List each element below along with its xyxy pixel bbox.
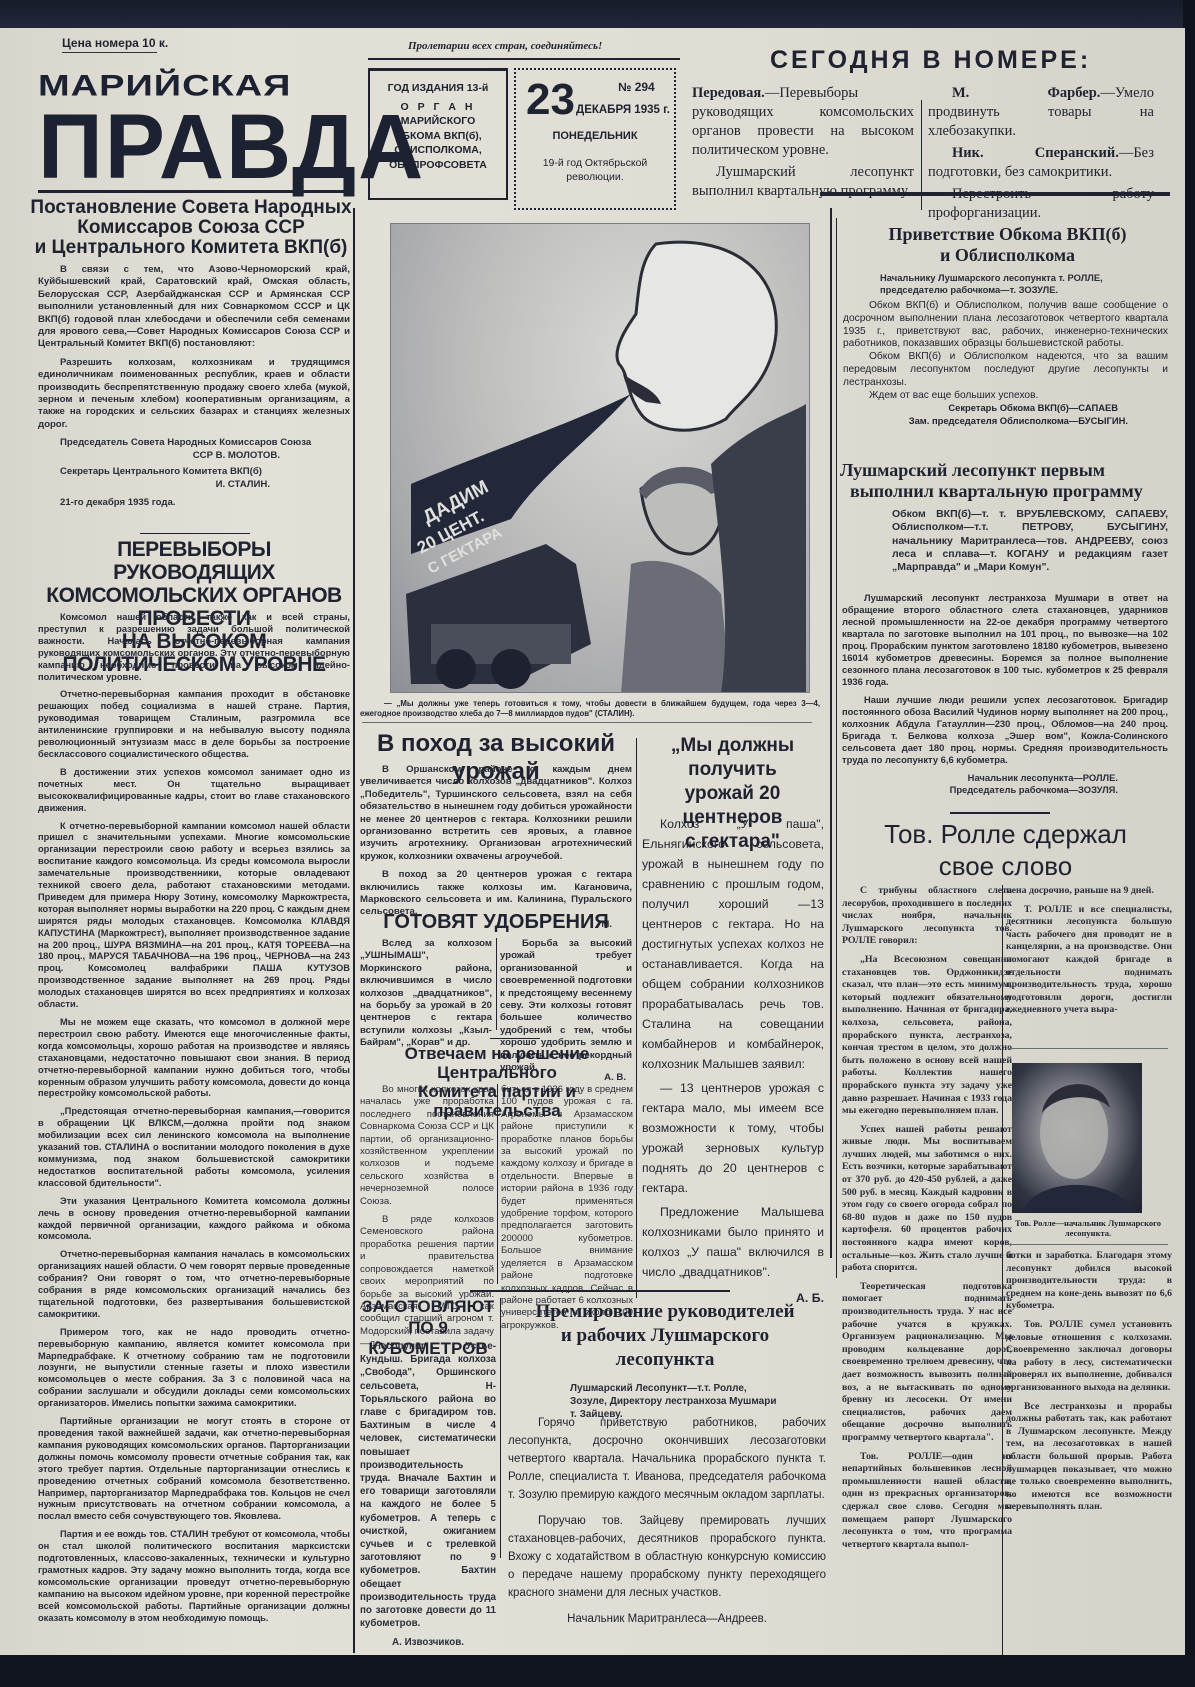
rolle-paragraph: Т. РОЛЛЕ и все специалисты, десятники ле… — [1006, 904, 1172, 1017]
greeting-paragraph: Ждем от вас еще больших успехов. — [843, 390, 1168, 403]
issue-price: Цена номера 10 к. — [62, 36, 168, 50]
decree-signer-name: ССР В. МОЛОТОВ. — [38, 450, 350, 462]
bonus-signature: Начальник Маритранлеса—Андреев. — [508, 1610, 826, 1628]
rolle-paragraph: нена досрочно, раньше на 9 дней. — [1006, 885, 1172, 898]
editorial-paragraph: К отчетно-перевыборной кампании комсомол… — [38, 821, 350, 1012]
rolle-col1: С трибуны областного слета лесорубов, пр… — [842, 885, 1012, 1557]
masthead-rule — [38, 190, 350, 193]
column-divider — [636, 738, 637, 1298]
poster-illustration: ДАДИМ 20 ЦЕНТ. С ГЕКТАРА — [390, 223, 810, 693]
greeting-paragraph: Обком ВКП(б) и Облисполком надеются, что… — [843, 351, 1168, 389]
greeting-sign: Зам. председателя Облисполкома—БУСЫГИН. — [843, 415, 1168, 428]
rolle-col2-bottom: ботки и заработка. Благодаря этому лесоп… — [1006, 1250, 1172, 1520]
today-left-column: Передовая.—Перевыборы руководящих комсом… — [692, 84, 914, 204]
editorial-paragraph: Мы не можем еще сказать, что комсомол в … — [38, 1017, 350, 1100]
column-divider — [830, 208, 832, 1258]
organ-label: О Р Г А Н — [370, 100, 506, 115]
bonus-title: Премирование руководителей и рабочих Луш… — [505, 1300, 825, 1372]
rolle-paragraph: С трибуны областного слета лесорубов, пр… — [842, 885, 1012, 948]
rolle-paragraph: ботки и заработка. Благодаря этому лесоп… — [1006, 1250, 1172, 1313]
photo-rule — [1008, 1244, 1168, 1245]
scan-frame-top — [0, 0, 1195, 30]
bonus-paragraph: Горячо приветствую работников, рабочих л… — [508, 1414, 826, 1504]
editorial-paragraph: Комсомол нашей области, также как и всей… — [38, 612, 350, 683]
decree-paragraph: В связи с тем, что Азово-Черноморский кр… — [38, 264, 350, 351]
lushmar-report-sign: Начальник лесопункта—РОЛЛЕ. — [842, 772, 1168, 784]
fertilizers-col1: Вслед за колхозом „УШНЫМАШ", Моркинского… — [360, 938, 492, 1056]
lushmar-report-title: Лушмарский лесопункт первым выполнил ква… — [840, 460, 1175, 502]
column-divider — [353, 208, 355, 1653]
organ-box: ГОД ИЗДАНИЯ 13-й О Р Г А Н МАРИЙСКОГО ОБ… — [368, 68, 508, 200]
decree-signer-title: Председатель Совета Народных Комиссаров … — [38, 437, 350, 449]
twenty-centners-paragraph: Колхоз „У паша", Ельнягинского сельсовет… — [642, 814, 824, 1074]
section-rule — [490, 1038, 540, 1039]
organ-line: МАРИЙСКОГО — [370, 114, 506, 129]
era-note: 19-й год Октябрьской революции. — [516, 156, 674, 184]
column-divider — [836, 218, 837, 1278]
column-divider — [1002, 885, 1003, 1658]
rolle-photo-caption: Тов. Ролле—начальник Лушмарского лесопун… — [1008, 1218, 1168, 1238]
editorial-paragraph: В достижении этих успехов комсомол заним… — [38, 767, 350, 815]
organ-line: ОБКОМА ВКП(б), — [370, 129, 506, 144]
editorial-body: Комсомол нашей области, также как и всей… — [38, 612, 350, 1631]
issue-number: № 294 — [618, 80, 655, 94]
rolle-paragraph: Успех нашей работы решают живые люди. Мы… — [842, 1124, 1012, 1275]
cc-response-paragraph: Во многих колхозах края началась уже про… — [360, 1084, 494, 1208]
lushmar-report-sign: Председатель рабочкома—ЗОЗУЛЯ. — [842, 784, 1168, 796]
greeting-addressee: Начальнику Лушмарского лесопункта т. РОЛ… — [880, 272, 1165, 296]
lushmar-report-paragraph: Наши лучшие люди решили успех лесозагото… — [842, 694, 1168, 766]
bonus-body: Горячо приветствую работников, рабочих л… — [508, 1414, 826, 1628]
today-item-lead: М. Фарбер. — [952, 85, 1100, 101]
nine-cubic-body: Лесопункт Устье-Кундыш. Бригада колхоза … — [360, 1340, 496, 1650]
greeting-sign: Секретарь Обкома ВКП(б)—САПАЕВ — [843, 402, 1168, 415]
column-divider — [500, 1298, 501, 1558]
today-item-lead: Передовая. — [692, 85, 765, 101]
cc-response-paragraph: биться в 1936 году в среднем 100 пудов у… — [501, 1084, 633, 1332]
scan-frame-bottom — [0, 1655, 1195, 1687]
illustration-caption: — „Мы должны уже теперь готовиться к том… — [360, 699, 820, 719]
price-underline — [62, 52, 157, 53]
editorial-paragraph: Партийные организации не могут стоять в … — [38, 1416, 350, 1523]
organ-line: ОБИСПОЛКОМА, — [370, 143, 506, 158]
rolle-paragraph: Тов. РОЛЛЕ сумел установить деловые отно… — [1006, 1319, 1172, 1395]
editorial-paragraph: „Предстоящая отчетно-перевыборная кампан… — [38, 1106, 350, 1189]
harvest-campaign-body: В Оршанском районе с каждым днем увеличи… — [360, 764, 632, 931]
fertilizers-title: ГОТОВЯТ УДОБРЕНИЯ — [360, 910, 632, 934]
decree-signer-title: Секретарь Центрального Комитета ВКП(б) — [38, 466, 350, 478]
date-day: 23 — [526, 78, 575, 122]
section-rule — [470, 1290, 730, 1292]
today-right-column: М. Фарбер.—Умело продвинуть товары на хл… — [928, 84, 1154, 226]
greeting-body: Обком ВКП(б) и Облисполком, получив ваше… — [843, 300, 1168, 428]
column-divider — [497, 1084, 498, 1284]
today-in-issue-title: СЕГОДНЯ В НОМЕРЕ: — [770, 46, 1091, 75]
nine-cubic-paragraph: Лесопункт Устье-Кундыш. Бригада колхоза … — [360, 1340, 496, 1630]
photo-rule — [1008, 1048, 1168, 1049]
rolle-paragraph: „На Всесоюзном совещании стахановцев тов… — [842, 954, 1012, 1118]
masthead-rule-right — [820, 192, 1170, 196]
publication-year: ГОД ИЗДАНИЯ 13-й — [370, 81, 506, 96]
organ-line: ОБЛПРОФСОВЕТА — [370, 158, 506, 173]
portrait-icon — [1012, 1063, 1142, 1213]
rolle-title: Тов. Ролле сдержал свое слово — [838, 818, 1173, 882]
decree-signer-name: И. СТАЛИН. — [38, 479, 350, 491]
decree-body: В связи с тем, что Азово-Черноморский кр… — [38, 264, 350, 515]
greeting-title: Приветствие Обкома ВКП(б) и Облисполкома — [840, 224, 1175, 266]
section-rule — [950, 812, 1050, 814]
twenty-centners-paragraph: — 13 центнеров урожая с гектара мало, мы… — [642, 1078, 824, 1198]
stalin-harvest-poster-icon: ДАДИМ 20 ЦЕНТ. С ГЕКТАРА — [391, 224, 810, 693]
editorial-paragraph: Отчетно-перевыборная кампания началась в… — [38, 1249, 350, 1320]
lushmar-report-body: Лушмарский лесопункт лестранхоза Мушмари… — [842, 592, 1168, 796]
rolle-paragraph: Теоретическая подготовка помогает подним… — [842, 1281, 1012, 1445]
rolle-paragraph: Все лестранхозы и прорабы должны работат… — [1006, 1401, 1172, 1514]
caption-rule — [362, 722, 812, 723]
date-month-year: ДЕКАБРЯ 1935 г. — [576, 104, 670, 116]
rolle-col2-top: нена досрочно, раньше на 9 дней. Т. РОЛЛ… — [1006, 885, 1172, 1023]
editorial-paragraph: Эти указания Центрального Комитета комсо… — [38, 1196, 350, 1244]
motto-rule — [368, 58, 680, 60]
weekday: ПОНЕДЕЛЬНИК — [516, 130, 674, 142]
rolle-paragraph: Тов. РОЛЛЕ—один из непартийных большевик… — [842, 1451, 1012, 1552]
decree-paragraph: Разрешить колхозам, колхозникам и трудящ… — [38, 357, 350, 431]
section-rule — [140, 533, 250, 534]
newspaper-page: Цена номера 10 к. МАРИЙСКАЯ ПРАВДА Проле… — [0, 28, 1185, 1658]
nine-cubic-signature: А. Извозчиков. — [360, 1636, 496, 1649]
editorial-paragraph: Примером того, как не надо проводить отч… — [38, 1327, 350, 1410]
greeting-paragraph: Обком ВКП(б) и Облисполком, получив ваше… — [843, 300, 1168, 351]
editorial-paragraph: Партия и ее вождь тов. СТАЛИН требуют от… — [38, 1529, 350, 1624]
date-box: 23 № 294 ДЕКАБРЯ 1935 г. ПОНЕДЕЛЬНИК 19-… — [514, 68, 676, 210]
lushmar-report-paragraph: Лушмарский лесопункт лестранхоза Мушмари… — [842, 592, 1168, 688]
lushmar-report-addressee: Обком ВКП(б)—т. т. ВРУБЛЕВСКОМУ, САПАЕВУ… — [892, 508, 1168, 574]
decree-title: Постановление Совета Народных Комиссаров… — [30, 198, 352, 258]
twenty-centners-body: Колхоз „У паша", Ельнягинского сельсовет… — [642, 814, 824, 1308]
bonus-paragraph: Поручаю тов. Зайцеву премировать лучших … — [508, 1512, 826, 1602]
twenty-centners-paragraph: Предложение Малышева колхозниками было п… — [642, 1202, 824, 1282]
editorial-paragraph: Отчетно-перевыборная кампания проходит в… — [38, 689, 350, 760]
harvest-paragraph: В Оршанском районе с каждым днем увеличи… — [360, 764, 632, 863]
fertilizers-paragraph: Вслед за колхозом „УШНЫМАШ", Моркинского… — [360, 938, 492, 1050]
motto: Пролетарии всех стран, соединяйтесь! — [408, 40, 602, 52]
column-divider — [496, 938, 497, 1030]
decree-date: 21-го декабря 1935 года. — [38, 497, 350, 509]
today-item-lead: Ник. Сперанский. — [952, 145, 1119, 161]
rolle-portrait-photo — [1012, 1063, 1142, 1213]
